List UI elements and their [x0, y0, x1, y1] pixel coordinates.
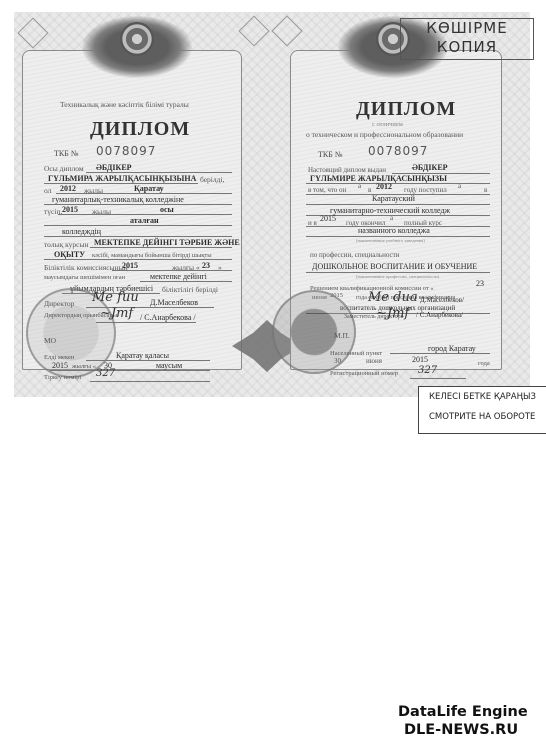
- label: берілді,: [200, 175, 224, 184]
- surname: ӘБДІКЕР: [96, 163, 132, 172]
- see-reverse-ru: СМОТРИТЕ НА ОБОРОТЕ: [419, 407, 546, 427]
- label: Осы диплом: [44, 164, 84, 173]
- left-title: ДИПЛОМ: [90, 118, 190, 141]
- right-subtitle: о техническом и профессиональном образов…: [306, 130, 463, 139]
- label: жылғы «: [72, 363, 96, 370]
- copy-stamp-ru: КОПИЯ: [401, 38, 533, 57]
- label: а: [390, 214, 393, 222]
- decision-day: 23: [476, 279, 484, 288]
- issue-year: 2015: [412, 355, 428, 364]
- distinction: с отличием: [372, 121, 403, 128]
- specialty: ДОШКОЛЬНОЕ ВОСПИТАНИЕ И ОБУЧЕНИЕ: [312, 262, 477, 271]
- deputy-signature: ~Jmf: [376, 306, 409, 321]
- registration-number: 327: [418, 365, 437, 376]
- label: Населенный пункт: [330, 350, 382, 357]
- see-reverse-kz: КЕЛЕСІ БЕТКЕ ҚАРАҢЫЗ: [419, 387, 546, 407]
- place: город Каратау: [428, 344, 476, 353]
- year-start: 2012: [376, 182, 392, 191]
- right-series-label: ТКБ №: [318, 150, 342, 159]
- hint: (наименование учебного заведения): [356, 238, 425, 243]
- college-name: Каратауский: [372, 194, 415, 203]
- label: Елді мекен: [44, 354, 74, 361]
- deputy-name: / С.Анарбекова /: [140, 313, 196, 322]
- label: а: [358, 182, 361, 190]
- commission-year: 2015: [122, 261, 138, 270]
- commission-day: 23: [202, 261, 210, 270]
- label: толық курсын: [44, 240, 89, 249]
- copy-stamp-kz: КӨШІРМЕ: [401, 19, 533, 38]
- surname: ӘБДІКЕР: [412, 163, 448, 172]
- left-series-label: ТКБ №: [54, 149, 78, 158]
- watermark-line2: DLE-NEWS.RU: [398, 721, 528, 739]
- state-emblem-icon: [82, 16, 192, 78]
- qualification: мектепке дейінгі: [150, 272, 207, 281]
- issue-year: 2015: [52, 361, 68, 370]
- label: в том, что он: [308, 186, 346, 194]
- year-end: 2015: [320, 214, 336, 223]
- right-title: ДИПЛОМ: [356, 98, 456, 121]
- specialty: ОҚЫТУ: [54, 250, 85, 259]
- year-end: 2015: [62, 205, 78, 214]
- named-college: названного колледжа: [358, 226, 430, 235]
- label: в: [484, 186, 487, 194]
- issue-day: 30: [334, 357, 341, 365]
- stamp-place: МО: [44, 336, 56, 345]
- specialty: МЕКТЕПКЕ ДЕЙІНГІ ТӘРБИЕ ЖӘНЕ: [94, 238, 240, 247]
- see-reverse-stamp: КЕЛЕСІ БЕТКЕ ҚАРАҢЫЗ СМОТРИТЕ НА ОБОРОТЕ: [418, 386, 546, 434]
- director-name: Д.Маселбеков: [150, 298, 198, 307]
- site-watermark: DataLife Engine DLE-NEWS.RU: [398, 703, 528, 739]
- director-name: Д.Маселбеков/: [420, 296, 464, 304]
- registration-number: 327: [96, 368, 115, 379]
- hint: (наименование профессии, специальности): [356, 274, 439, 279]
- label: года: [478, 360, 490, 367]
- label: по профессии, специальности: [310, 251, 399, 259]
- text: аталған: [130, 216, 159, 225]
- label: Тіркеу нөмірі: [44, 374, 81, 381]
- year-start: 2012: [60, 184, 76, 193]
- text: осы: [160, 205, 174, 214]
- right-series-number: 0078097: [368, 144, 428, 158]
- deputy-name: / С.Анарбекова/: [416, 311, 463, 319]
- label: маусымдағы шешімімен оған: [44, 274, 125, 281]
- watermark-line1: DataLife Engine: [398, 703, 528, 721]
- college-name: гуманитарлық-техникалық колледжіне: [52, 195, 184, 204]
- left-series-number: 0078097: [96, 144, 156, 158]
- stamp-place: М.П.: [334, 331, 350, 340]
- copy-stamp: КӨШІРМЕ КОПИЯ: [400, 18, 534, 60]
- label: в: [368, 186, 371, 194]
- label: году поступил: [404, 186, 447, 194]
- label: Регистрационный номер: [330, 370, 398, 377]
- issue-month: маусым: [156, 361, 182, 370]
- deputy-signature: ~Jmf: [100, 306, 133, 321]
- place: Қаратау қаласы: [116, 351, 169, 360]
- text: колледждің: [62, 227, 101, 236]
- label: Настоящий диплом выдан: [308, 166, 386, 174]
- label: а: [458, 182, 461, 190]
- full-name: ГҮЛЬМИРА ЖАРЫЛҚАСЫНҚЫЗЫНА: [48, 174, 196, 183]
- label: Директор: [44, 299, 74, 308]
- left-subtitle: Техникалық және кәсіптік білімі туралы: [60, 100, 189, 109]
- college-city: Қаратау: [134, 184, 164, 193]
- issue-month: июня: [366, 357, 382, 365]
- label: біліктілігі берілді: [162, 285, 218, 294]
- director-signature: Me dua: [368, 290, 418, 305]
- label: кәсібі, мамандығы бойынша бітірді шықты: [92, 252, 212, 259]
- label: ол: [44, 186, 51, 195]
- director-signature: Me fuu: [92, 290, 139, 305]
